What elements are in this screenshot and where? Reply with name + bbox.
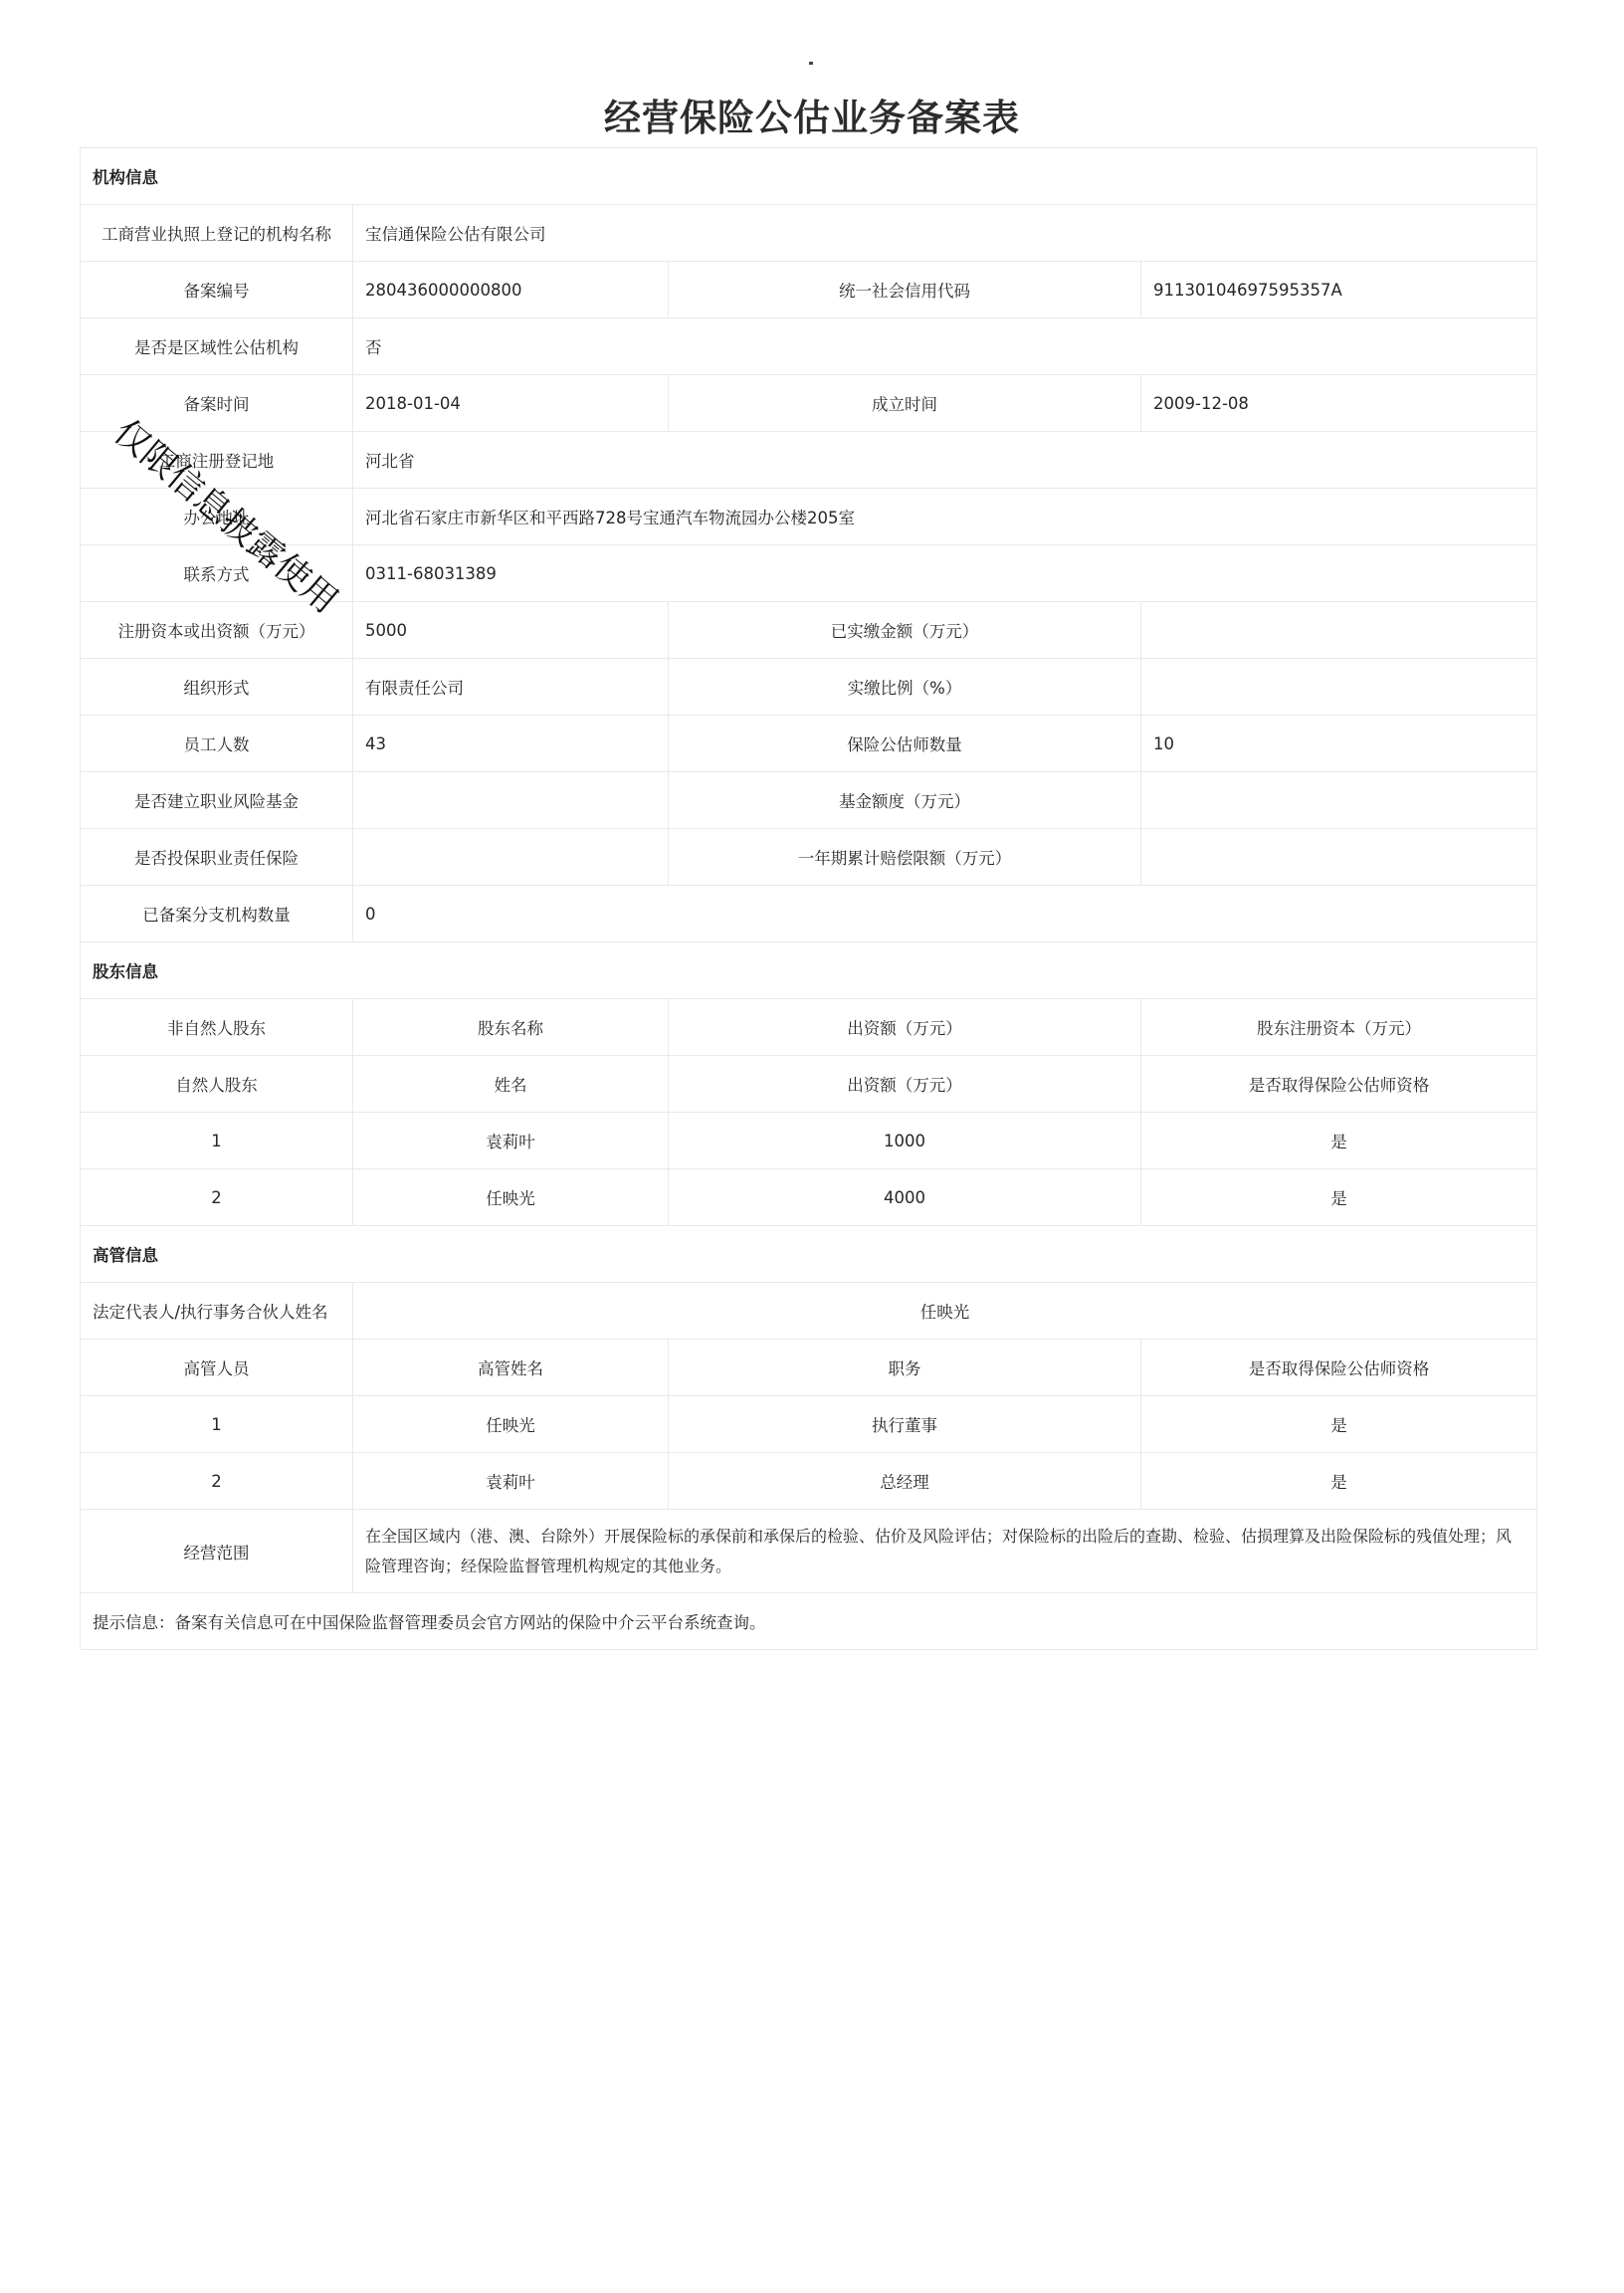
scan-artifact-dot bbox=[809, 62, 813, 65]
row-business-scope: 经营范围 在全国区域内（港、澳、台除外）开展保险标的承保前和承保后的检验、估价及… bbox=[81, 1510, 1537, 1593]
org-form-value: 有限责任公司 bbox=[353, 659, 669, 716]
field-label: 组织形式 bbox=[81, 659, 353, 716]
executive-position: 执行董事 bbox=[669, 1396, 1141, 1453]
column-header: 出资额（万元） bbox=[669, 999, 1141, 1056]
field-label: 注册资本或出资额（万元） bbox=[81, 602, 353, 659]
section-title: 高管信息 bbox=[81, 1226, 1537, 1283]
filing-date-value: 2018-01-04 bbox=[353, 375, 669, 432]
branches-value: 0 bbox=[353, 886, 1537, 942]
section-title: 机构信息 bbox=[81, 148, 1537, 205]
row-reg-place: 工商注册登记地 河北省 bbox=[81, 432, 1537, 489]
fund-amount-value bbox=[1141, 772, 1537, 829]
row-number: 1 bbox=[81, 1113, 353, 1169]
shareholder-qualified: 是 bbox=[1141, 1113, 1537, 1169]
non-natural-shareholder-header: 非自然人股东 股东名称 出资额（万元） 股东注册资本（万元） bbox=[81, 999, 1537, 1056]
section-title: 股东信息 bbox=[81, 942, 1537, 999]
credit-code-value: 91130104697595357A bbox=[1141, 262, 1537, 318]
row-number: 2 bbox=[81, 1453, 353, 1510]
field-label: 基金额度（万元） bbox=[669, 772, 1141, 829]
field-label: 已实缴金额（万元） bbox=[669, 602, 1141, 659]
field-label: 法定代表人/执行事务合伙人姓名 bbox=[81, 1283, 353, 1340]
field-label: 备案时间 bbox=[81, 375, 353, 432]
column-header: 高管姓名 bbox=[353, 1340, 669, 1396]
column-header: 自然人股东 bbox=[81, 1056, 353, 1113]
shareholder-qualified: 是 bbox=[1141, 1169, 1537, 1226]
row-regional: 是否是区域性公估机构 否 bbox=[81, 318, 1537, 375]
executive-qualified: 是 bbox=[1141, 1396, 1537, 1453]
section-header-executives: 高管信息 bbox=[81, 1226, 1537, 1283]
field-label: 是否建立职业风险基金 bbox=[81, 772, 353, 829]
regional-value: 否 bbox=[353, 318, 1537, 375]
shareholder-amount: 1000 bbox=[669, 1113, 1141, 1169]
field-label: 工商营业执照上登记的机构名称 bbox=[81, 205, 353, 262]
field-label: 联系方式 bbox=[81, 545, 353, 602]
filing-no-value: 280436000000800 bbox=[353, 262, 669, 318]
paid-ratio-value bbox=[1141, 659, 1537, 716]
row-legal-representative: 法定代表人/执行事务合伙人姓名 任映光 bbox=[81, 1283, 1537, 1340]
contact-value: 0311-68031389 bbox=[353, 545, 1537, 602]
field-label: 是否是区域性公估机构 bbox=[81, 318, 353, 375]
established-value: 2009-12-08 bbox=[1141, 375, 1537, 432]
risk-fund-value bbox=[353, 772, 669, 829]
executive-row: 2 袁莉叶 总经理 是 bbox=[81, 1453, 1537, 1510]
legal-rep-value: 任映光 bbox=[353, 1283, 1537, 1340]
row-number: 1 bbox=[81, 1396, 353, 1453]
field-label: 统一社会信用代码 bbox=[669, 262, 1141, 318]
row-risk-fund: 是否建立职业风险基金 基金额度（万元） bbox=[81, 772, 1537, 829]
field-label: 工商注册登记地 bbox=[81, 432, 353, 489]
row-reg-capital: 注册资本或出资额（万元） 5000 已实缴金额（万元） bbox=[81, 602, 1537, 659]
field-label: 经营范围 bbox=[81, 1510, 353, 1593]
reg-capital-value: 5000 bbox=[353, 602, 669, 659]
row-filing-no: 备案编号 280436000000800 统一社会信用代码 9113010469… bbox=[81, 262, 1537, 318]
shareholder-amount: 4000 bbox=[669, 1169, 1141, 1226]
shareholder-row: 1 袁莉叶 1000 是 bbox=[81, 1113, 1537, 1169]
row-contact: 联系方式 0311-68031389 bbox=[81, 545, 1537, 602]
filing-form-table: 机构信息 工商营业执照上登记的机构名称 宝信通保险公估有限公司 备案编号 280… bbox=[80, 147, 1537, 1650]
office-address-value: 河北省石家庄市新华区和平西路728号宝通汽车物流园办公楼205室 bbox=[353, 489, 1537, 545]
row-employees: 员工人数 43 保险公估师数量 10 bbox=[81, 716, 1537, 772]
executive-name: 袁莉叶 bbox=[353, 1453, 669, 1510]
institution-name-value: 宝信通保险公估有限公司 bbox=[353, 205, 1537, 262]
row-org-form: 组织形式 有限责任公司 实缴比例（%） bbox=[81, 659, 1537, 716]
field-label: 备案编号 bbox=[81, 262, 353, 318]
field-label: 已备案分支机构数量 bbox=[81, 886, 353, 942]
tip-text: 提示信息：备案有关信息可在中国保险监督管理委员会官方网站的保险中介云平台系统查询… bbox=[81, 1593, 1537, 1650]
column-header: 股东注册资本（万元） bbox=[1141, 999, 1537, 1056]
row-office-address: 办公地址 河北省石家庄市新华区和平西路728号宝通汽车物流园办公楼205室 bbox=[81, 489, 1537, 545]
paid-in-value bbox=[1141, 602, 1537, 659]
executive-name: 任映光 bbox=[353, 1396, 669, 1453]
shareholder-name: 袁莉叶 bbox=[353, 1113, 669, 1169]
employees-value: 43 bbox=[353, 716, 669, 772]
liability-ins-value bbox=[353, 829, 669, 886]
annual-limit-value bbox=[1141, 829, 1537, 886]
executive-header: 高管人员 高管姓名 职务 是否取得保险公估师资格 bbox=[81, 1340, 1537, 1396]
row-tip: 提示信息：备案有关信息可在中国保险监督管理委员会官方网站的保险中介云平台系统查询… bbox=[81, 1593, 1537, 1650]
field-label: 办公地址 bbox=[81, 489, 353, 545]
section-header-institution: 机构信息 bbox=[81, 148, 1537, 205]
row-number: 2 bbox=[81, 1169, 353, 1226]
field-label: 成立时间 bbox=[669, 375, 1141, 432]
field-label: 保险公估师数量 bbox=[669, 716, 1141, 772]
document-title: 经营保险公估业务备案表 bbox=[0, 88, 1624, 141]
shareholder-name: 任映光 bbox=[353, 1169, 669, 1226]
adjusters-value: 10 bbox=[1141, 716, 1537, 772]
column-header: 出资额（万元） bbox=[669, 1056, 1141, 1113]
column-header: 股东名称 bbox=[353, 999, 669, 1056]
row-branches: 已备案分支机构数量 0 bbox=[81, 886, 1537, 942]
field-label: 一年期累计赔偿限额（万元） bbox=[669, 829, 1141, 886]
natural-shareholder-header: 自然人股东 姓名 出资额（万元） 是否取得保险公估师资格 bbox=[81, 1056, 1537, 1113]
section-header-shareholders: 股东信息 bbox=[81, 942, 1537, 999]
field-label: 实缴比例（%） bbox=[669, 659, 1141, 716]
column-header: 是否取得保险公估师资格 bbox=[1141, 1340, 1537, 1396]
reg-place-value: 河北省 bbox=[353, 432, 1537, 489]
column-header: 姓名 bbox=[353, 1056, 669, 1113]
column-header: 职务 bbox=[669, 1340, 1141, 1396]
column-header: 非自然人股东 bbox=[81, 999, 353, 1056]
row-institution-name: 工商营业执照上登记的机构名称 宝信通保险公估有限公司 bbox=[81, 205, 1537, 262]
shareholder-row: 2 任映光 4000 是 bbox=[81, 1169, 1537, 1226]
executive-qualified: 是 bbox=[1141, 1453, 1537, 1510]
row-liability-insurance: 是否投保职业责任保险 一年期累计赔偿限额（万元） bbox=[81, 829, 1537, 886]
field-label: 是否投保职业责任保险 bbox=[81, 829, 353, 886]
field-label: 员工人数 bbox=[81, 716, 353, 772]
row-filing-date: 备案时间 2018-01-04 成立时间 2009-12-08 bbox=[81, 375, 1537, 432]
executive-row: 1 任映光 执行董事 是 bbox=[81, 1396, 1537, 1453]
column-header: 是否取得保险公估师资格 bbox=[1141, 1056, 1537, 1113]
column-header: 高管人员 bbox=[81, 1340, 353, 1396]
business-scope-value: 在全国区域内（港、澳、台除外）开展保险标的承保前和承保后的检验、估价及风险评估；… bbox=[353, 1510, 1537, 1593]
executive-position: 总经理 bbox=[669, 1453, 1141, 1510]
